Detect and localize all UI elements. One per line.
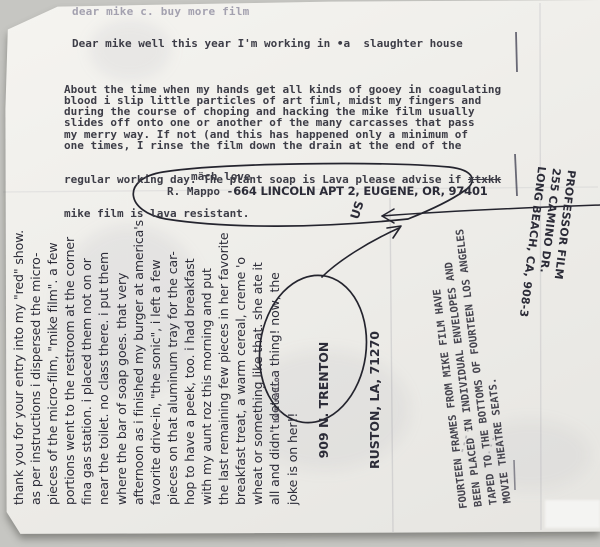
letter-body-lines: About the time when my hands get all kin… bbox=[64, 84, 501, 152]
text-line: fina gas station. i placed them not on o… bbox=[78, 195, 95, 505]
text-line: thank you for your entry into my "red" s… bbox=[10, 195, 27, 505]
radio-typed-label: buy radio bbox=[272, 325, 281, 475]
much-love-label: mäch love bbox=[191, 170, 251, 183]
text-line: as per instructions i dispersed the micr… bbox=[27, 195, 44, 505]
text-line: pieces of the micro-film, "mike film". a… bbox=[44, 195, 61, 505]
text-line: where the bar of soap goes. that very bbox=[113, 195, 130, 505]
tape-mark bbox=[545, 500, 600, 528]
text-line: pieces on that aluminum tray for the car… bbox=[164, 195, 181, 505]
text-line: with my aunt roz this morning and put bbox=[198, 195, 215, 505]
faint-topline: dear mike c. buy more film bbox=[72, 5, 249, 18]
text-line: afternoon as i finished my burger at ame… bbox=[130, 195, 147, 505]
letter-photo: dear mike c. buy more film Dear mike wel… bbox=[0, 0, 600, 547]
text-line: the last remaining few pieces in her fav… bbox=[215, 195, 232, 505]
text-line: portions went to the restroom at the cor… bbox=[61, 195, 78, 505]
text-line: hop to have a peek, too. i had breakfast bbox=[181, 195, 198, 505]
text-line: one times, I rinse the film down the dra… bbox=[64, 140, 501, 151]
text-line: near the toilet. no class there. i put t… bbox=[95, 195, 112, 505]
text-line: favorite drive-in, "the sonic", i left a… bbox=[147, 195, 164, 505]
right-edge-address: PROFESSOR FILM255 CAMINO DR.LONG BEACH, … bbox=[458, 232, 600, 278]
salutation-line: Dear mike well this year I'm working in … bbox=[72, 37, 463, 50]
